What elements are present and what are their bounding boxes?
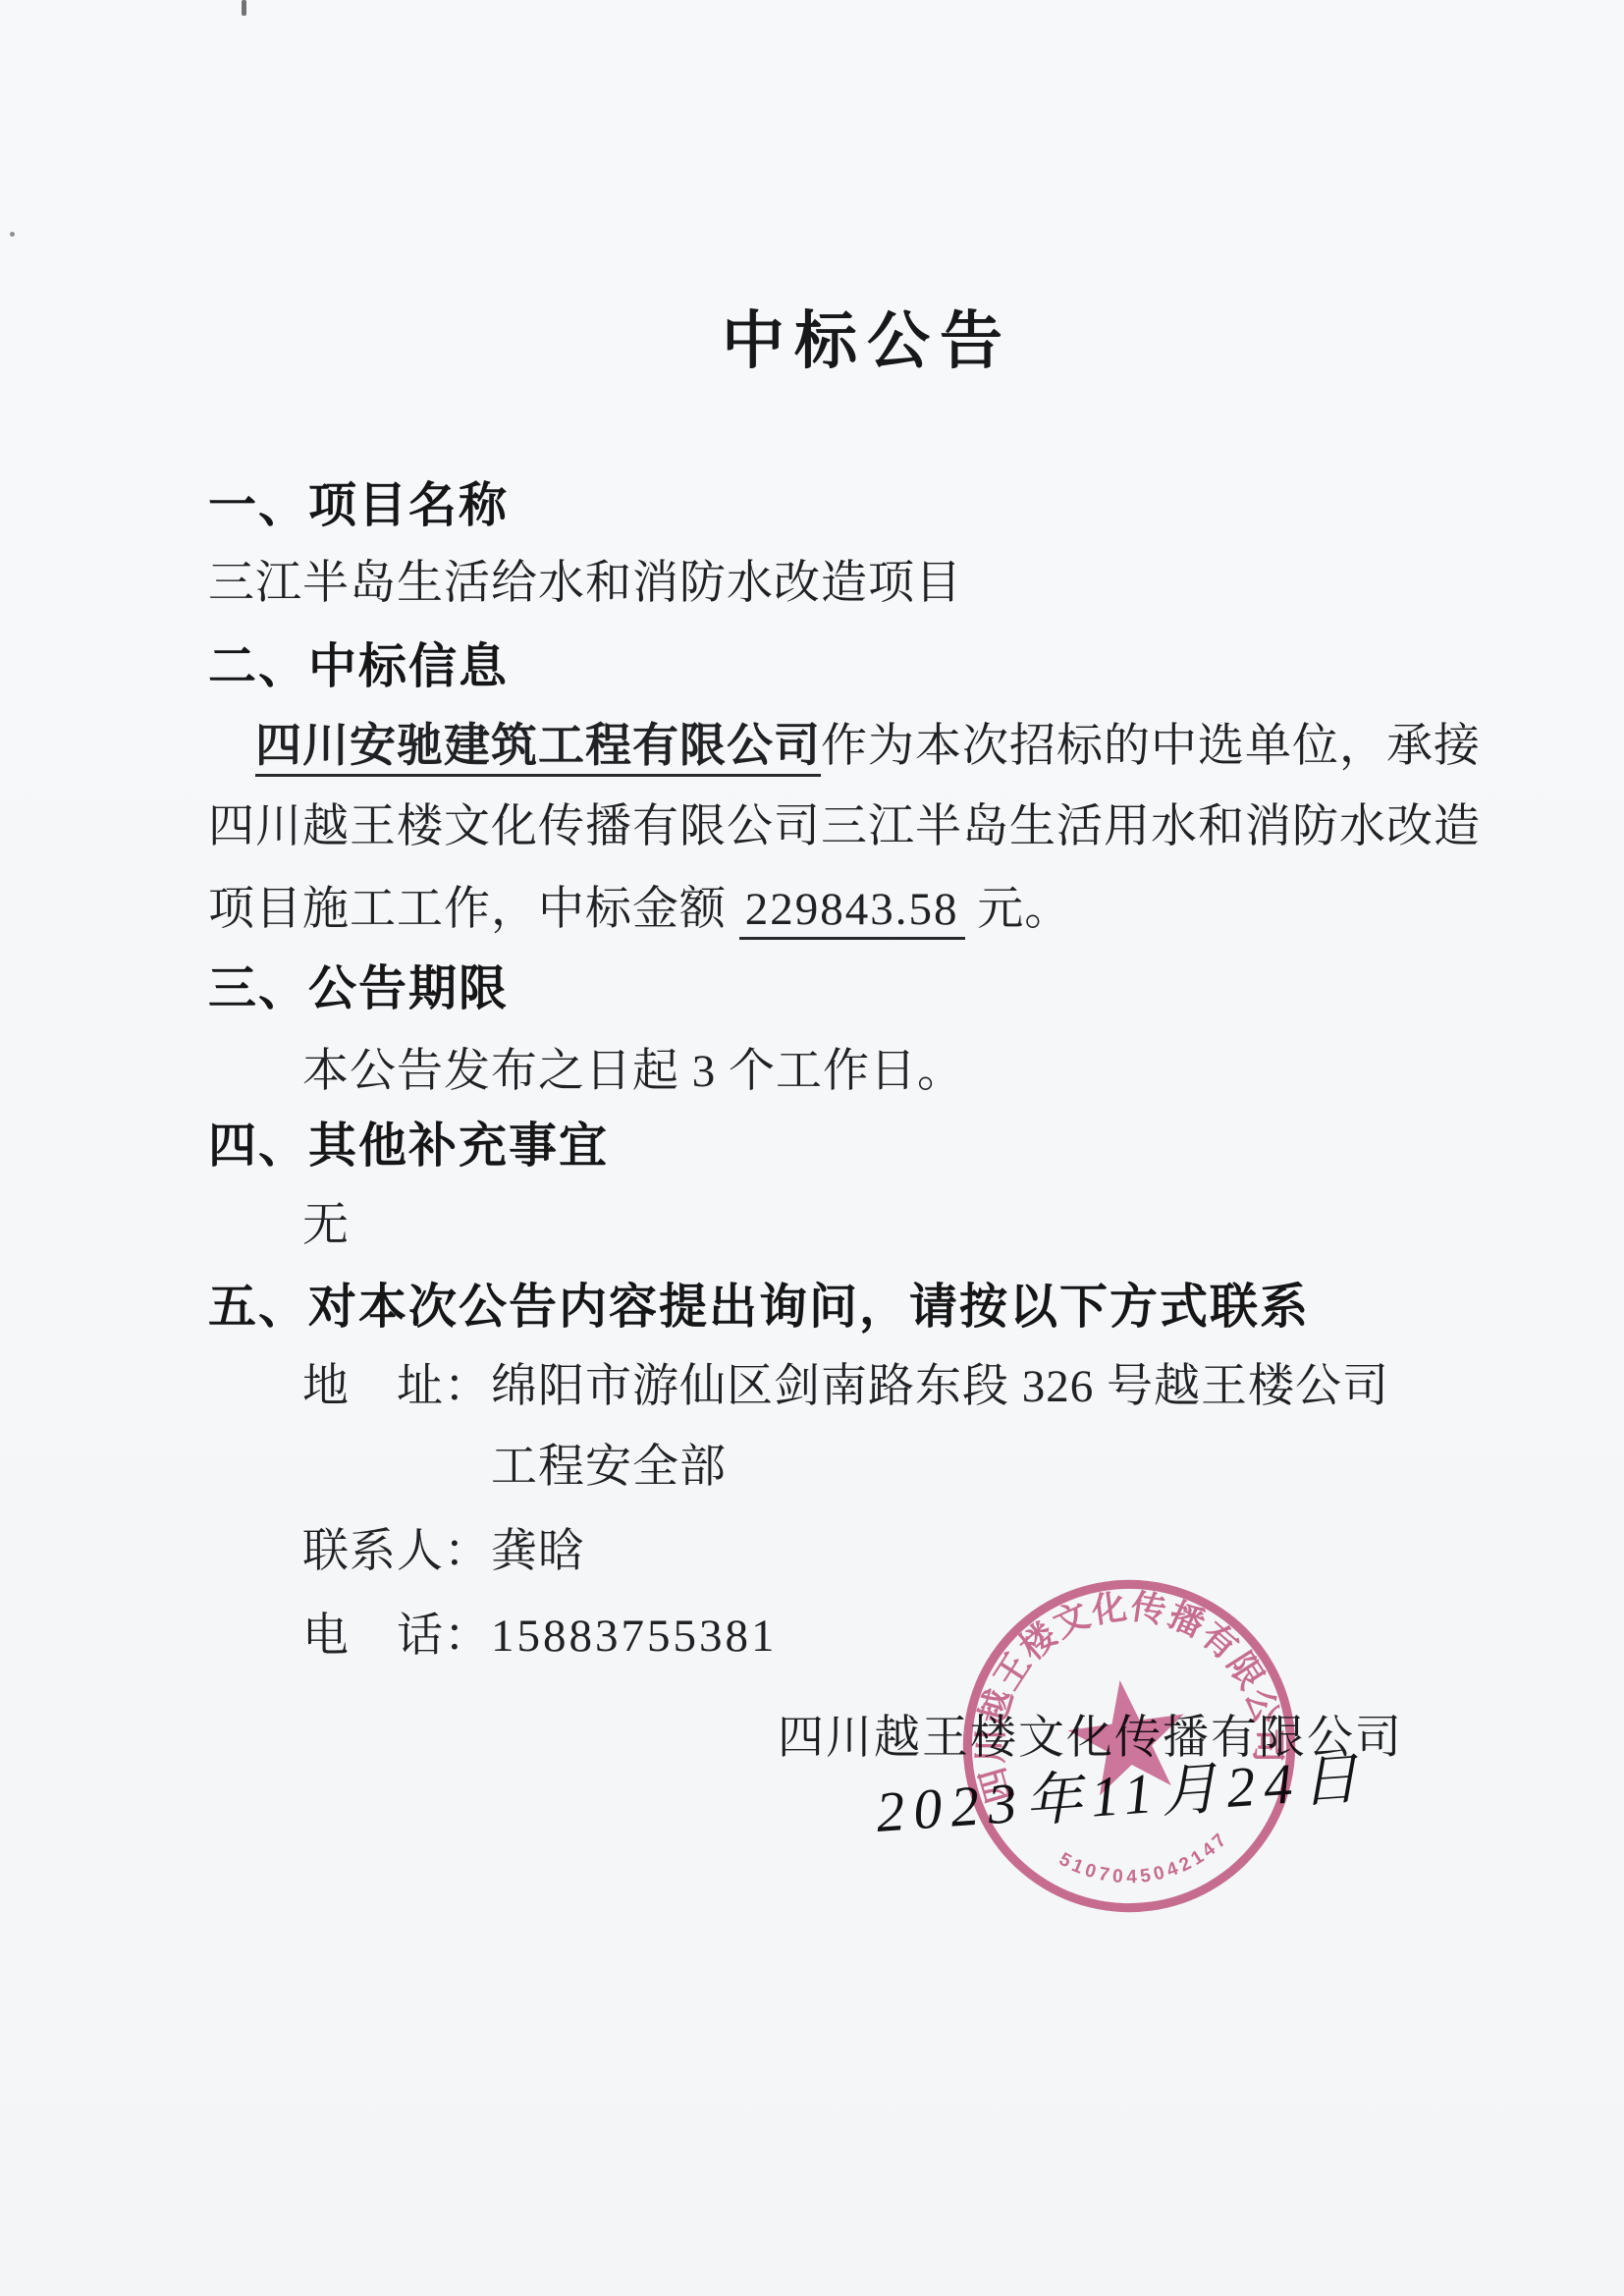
bid-amount-value: 229843.58: [739, 884, 965, 940]
bid-amount-suffix: 元。: [977, 884, 1071, 935]
address-line: 地 址：绵阳市游仙区剑南路东段 326 号越王楼公司: [302, 1349, 1389, 1415]
scanned-document-page: 中标公告 一、项目名称 三江半岛生活给水和消防水改造项目 二、中标信息 四川安驰…: [0, 0, 1624, 2296]
bid-amount-prefix: 项目施工工作，中标金额: [208, 884, 727, 935]
section2-line1-rest: 作为本次招标的中选单位，承接: [821, 721, 1481, 772]
section4-heading: 四、其他补充事宜: [208, 1108, 609, 1176]
page-title: 中标公告: [0, 291, 1624, 381]
scan-artifact: [242, 0, 246, 16]
section2-line2: 四川越王楼文化传播有限公司三江半岛生活用水和消防水改造: [208, 790, 1481, 855]
address-value: 绵阳市游仙区剑南路东段 326 号越王楼公司: [491, 1361, 1389, 1412]
address-label: 地 址：: [302, 1361, 491, 1412]
section5-heading: 五、对本次公告内容提出询问，请按以下方式联系: [208, 1269, 1310, 1338]
official-company-seal: 四川越王楼文化传播有限公司 5107045042147: [905, 1522, 1353, 1970]
section4-body: 无: [302, 1188, 350, 1254]
phone-number: 15883755381: [491, 1611, 778, 1662]
section2-line3: 项目施工工作，中标金额 229843.58 元。: [208, 872, 1071, 938]
contact-line: 联系人：龚晗: [302, 1514, 585, 1580]
scan-artifact: [10, 232, 15, 237]
seal-star-icon: [1062, 1672, 1194, 1799]
section3-body: 本公告发布之日起 3 个工作日。: [302, 1034, 964, 1100]
contact-name: 龚晗: [491, 1526, 585, 1577]
phone-line: 电 话：15883755381: [302, 1599, 778, 1665]
section2-line1: 四川安驰建筑工程有限公司作为本次招标的中选单位，承接: [255, 709, 1481, 775]
section1-heading: 一、项目名称: [208, 467, 509, 536]
section1-project-name: 三江半岛生活给水和消防水改造项目: [208, 546, 962, 612]
address-line2: 工程安全部: [491, 1430, 727, 1496]
section3-heading: 三、公告期限: [208, 951, 509, 1019]
phone-label: 电 话：: [302, 1611, 491, 1662]
section2-heading: 二、中标信息: [208, 629, 509, 697]
contact-label: 联系人：: [302, 1526, 491, 1577]
winning-bidder-name: 四川安驰建筑工程有限公司: [255, 721, 821, 777]
